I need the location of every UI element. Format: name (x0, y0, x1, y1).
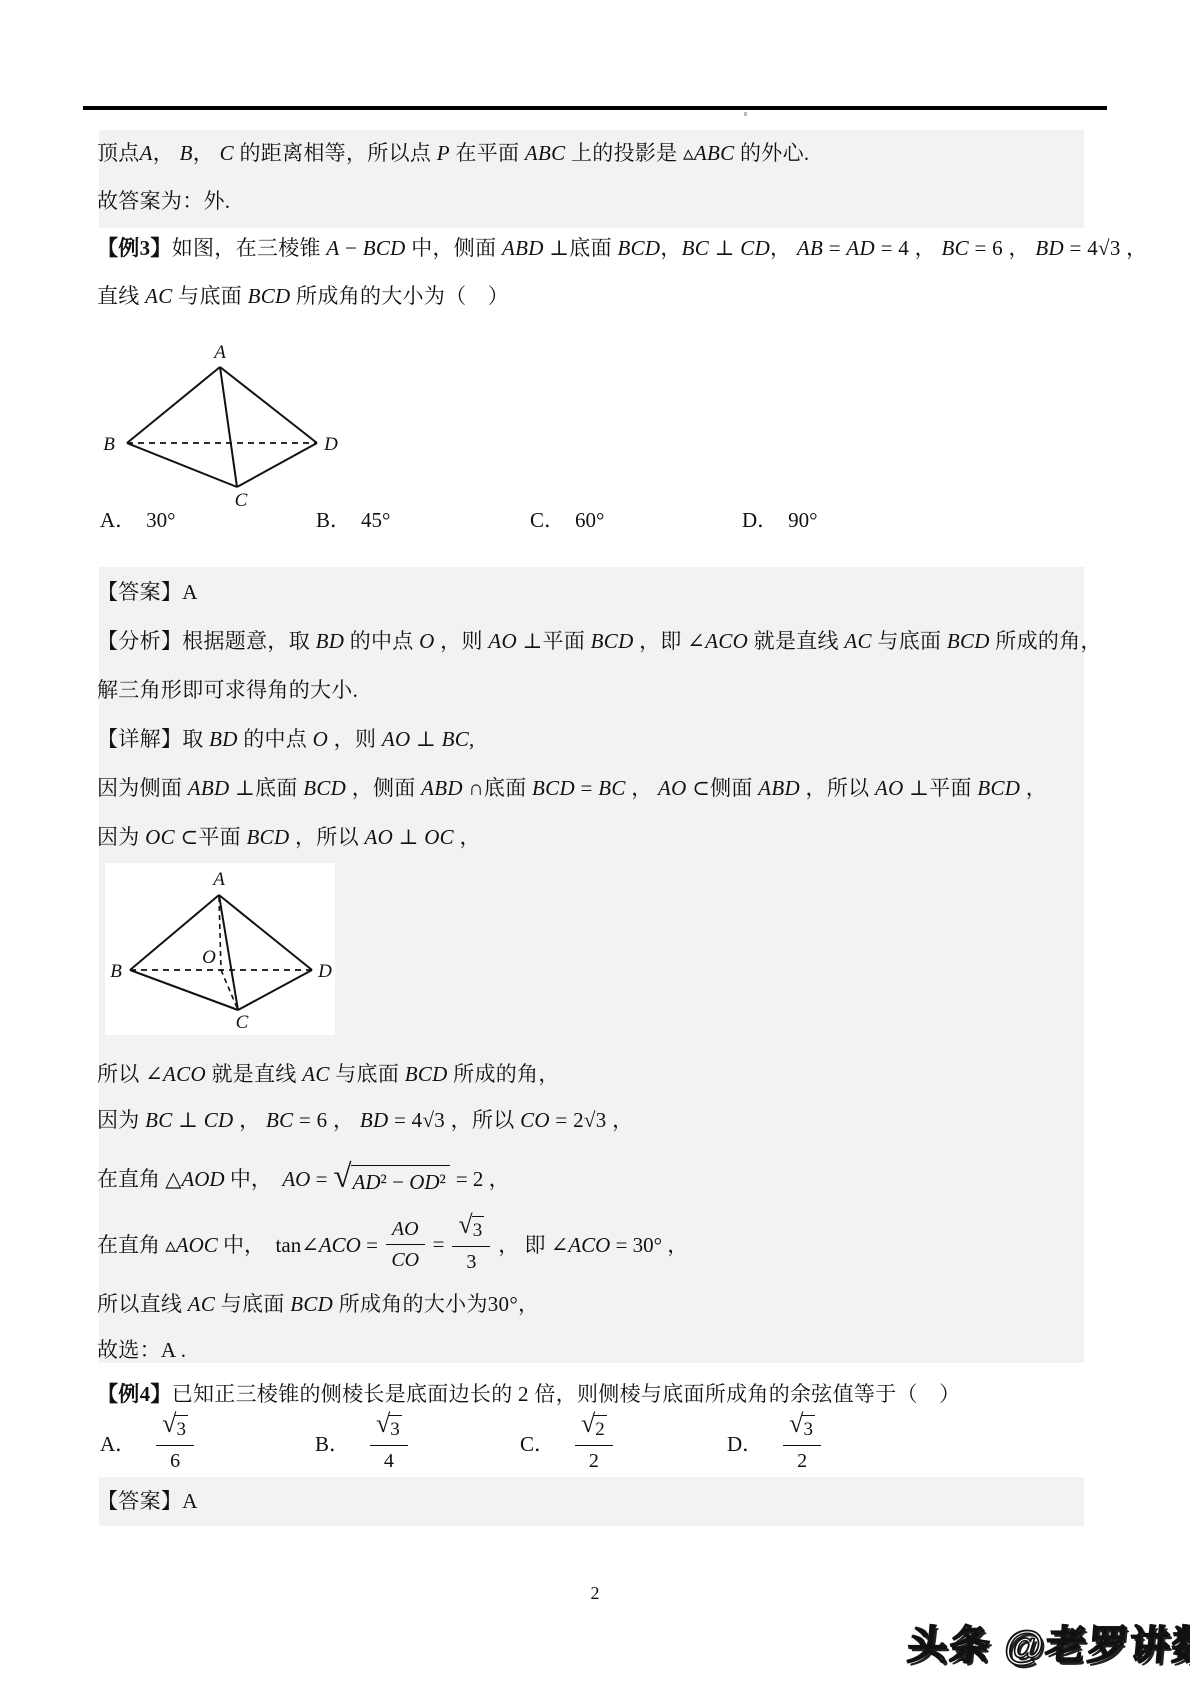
radicand: 3 (802, 1415, 815, 1442)
answer-value: A (182, 580, 197, 604)
diagram2-label-A: A (211, 869, 225, 890)
example3-marker: 【例3】 (97, 236, 172, 260)
example4-statement: 【例4】已知正三棱锥的侧棱长是底面边长的 2 倍，则侧棱与底面所成角的余弦值等于… (97, 1381, 960, 1408)
document-page: 顶点A， B， C 的距离相等，所以点 P 在平面 ABC 上的投影是 ▵ABC… (0, 0, 1190, 1682)
diagram2-edge-CD (238, 970, 312, 1010)
header-rule (83, 106, 1107, 110)
example3-option-a: A．30° (100, 504, 176, 534)
diagram2-tetrahedron: A B D C O (105, 863, 335, 1035)
detail-text: 取 BD 的中点 O ，则 AO ⊥ BC, (182, 727, 474, 751)
analysis-label: 【分析】 (97, 629, 182, 653)
option-fraction: √3 2 (783, 1413, 821, 1473)
fraction-ao-co: AO CO (386, 1217, 425, 1272)
example3-choice: 故选：A . (97, 1337, 186, 1364)
example3-detail-line2: 因为侧面 ABD ⊥底面 BCD ，侧面 ABD ∩底面 BCD = BC ， … (97, 775, 1047, 802)
radicand: 3 (389, 1415, 402, 1442)
diagram1-label-B: B (103, 434, 115, 455)
radical-expression: √3 (376, 1413, 402, 1442)
diagram1-label-A: A (212, 342, 226, 363)
radical-expression: √2 (581, 1413, 607, 1442)
fraction-denominator: 3 (466, 1247, 476, 1274)
fraction-denominator: CO (391, 1245, 419, 1272)
example3-analysis-line2: 解三角形即可求得角的大小. (97, 677, 358, 704)
diagram1-label-D: D (323, 434, 338, 455)
example3-conclusion: 所以直线 AC 与底面 BCD 所成角的大小为30°， (97, 1291, 539, 1318)
option-fraction: √3 4 (370, 1413, 408, 1473)
radical-sign: √ (458, 1214, 472, 1236)
diagram1-edge-AD (220, 367, 317, 443)
option-label: D． (727, 1428, 763, 1458)
fraction-numerator: √3 (370, 1413, 408, 1446)
example3-detail-line5: 因为 BC ⊥ CD ， BC = 6 ， BD = 4√3 ，所以 CO = … (97, 1107, 633, 1134)
diagram2-label-B: B (110, 961, 122, 982)
prev-solution-line2: 故答案为：外. (97, 188, 230, 215)
radical-expression: √3 (789, 1413, 815, 1442)
example4-marker: 【例4】 (97, 1382, 172, 1406)
detail-label: 【详解】 (97, 727, 182, 751)
formula-aod-pre: 在直角 △AOD 中， AO = (97, 1163, 327, 1193)
diagram1-label-C: C (235, 490, 248, 511)
diagram2-edge-BC (130, 970, 238, 1010)
fraction-numerator: √3 (783, 1413, 821, 1446)
radical-expression: √3 (458, 1214, 484, 1243)
fraction-numerator: √3 (452, 1214, 490, 1247)
option-value: 45° (361, 508, 390, 532)
radicand: 2 (594, 1415, 607, 1442)
example3-statement-line2: 直线 AC 与底面 BCD 所成角的大小为（ ） (97, 283, 509, 310)
option-label: B． (315, 1428, 350, 1458)
stray-mark (744, 112, 747, 116)
fraction-numerator: √3 (156, 1413, 194, 1446)
radical-expression: √AD² − OD² (333, 1162, 449, 1195)
radicand: AD² − OD² (351, 1165, 450, 1195)
diagram1-edge-AC (220, 367, 237, 487)
example3-option-b: B．45° (316, 504, 390, 534)
answer-label: 【答案】 (97, 580, 182, 604)
formula-aoc-equals: = (433, 1232, 445, 1257)
example3-answer-line: 【答案】A (97, 579, 198, 606)
diagram2-label-C: C (236, 1012, 249, 1033)
example3-option-d: D．90° (742, 504, 818, 534)
radicand: 3 (175, 1415, 188, 1442)
example3-statement-text: 如图，在三棱锥 A − BCD 中，侧面 ABD ⊥底面 BCD，BC ⊥ CD… (172, 236, 1148, 260)
diagram2-edge-AC (219, 895, 238, 1010)
option-label: C． (530, 508, 565, 532)
option-value: 30° (146, 508, 175, 532)
formula-aod-post: = 2 ， (456, 1163, 510, 1193)
radicand: 3 (472, 1216, 485, 1243)
shaded-block-example4-answer (99, 1477, 1084, 1526)
option-label: D． (742, 508, 778, 532)
example3-detail-line3: 因为 OC ⊂平面 BCD ，所以 AO ⊥ OC ， (97, 824, 481, 851)
fraction-sqrt3-3: √3 3 (452, 1214, 490, 1274)
diagram2-label-D: D (317, 961, 332, 982)
page-number: 2 (0, 1583, 1190, 1604)
example4-option-c: C． √2 2 (520, 1412, 621, 1474)
analysis-text: 根据题意，取 BD 的中点 O ，则 AO ⊥平面 BCD ，即 ∠ACO 就是… (182, 629, 1102, 653)
fraction-denominator: 2 (797, 1446, 807, 1473)
fraction-numerator: AO (386, 1217, 425, 1245)
prev-solution-line1: 顶点A， B， C 的距离相等，所以点 P 在平面 ABC 上的投影是 ▵ABC… (97, 140, 809, 167)
option-fraction: √3 6 (156, 1413, 194, 1473)
radical-sign: √ (162, 1413, 176, 1435)
diagram2-edge-AD (219, 895, 312, 970)
example3-statement-line1: 【例3】如图，在三棱锥 A − BCD 中，侧面 ABD ⊥底面 BCD，BC … (97, 235, 1147, 262)
option-label: A． (100, 1428, 136, 1458)
radical-sign: √ (789, 1413, 803, 1435)
example4-statement-text: 已知正三棱锥的侧棱长是底面边长的 2 倍，则侧棱与底面所成角的余弦值等于（ ） (172, 1382, 961, 1406)
fraction-denominator: 6 (170, 1446, 180, 1473)
option-fraction: √2 2 (575, 1413, 613, 1473)
radical-sign: √ (581, 1413, 595, 1435)
radical-expression: √3 (162, 1413, 188, 1442)
option-value: 60° (575, 508, 604, 532)
answer-label: 【答案】 (97, 1489, 182, 1513)
example3-option-c: C．60° (530, 504, 604, 534)
radical-sign: √ (376, 1413, 390, 1435)
example4-option-d: D． √3 2 (727, 1412, 829, 1474)
option-label: C． (520, 1428, 555, 1458)
example4-option-b: B． √3 4 (315, 1412, 416, 1474)
option-label: B． (316, 508, 351, 532)
radical-sign: √ (333, 1162, 351, 1192)
example3-detail-line1: 【详解】取 BD 的中点 O ，则 AO ⊥ BC, (97, 726, 475, 753)
option-value: 90° (788, 508, 817, 532)
example3-formula-aoc: 在直角 ▵AOC 中， tan∠ACO = AO CO = √3 3 ， 即 ∠… (97, 1210, 688, 1278)
example4-answer-line: 【答案】A (97, 1488, 198, 1515)
diagram1-tetrahedron: A B D C (95, 320, 355, 512)
fraction-denominator: 4 (384, 1446, 394, 1473)
diagram2-label-O: O (202, 947, 216, 968)
answer-value: A (182, 1489, 197, 1513)
diagram1-edge-CD (237, 443, 317, 487)
diagram1-edge-AB (127, 367, 220, 443)
example3-analysis-line1: 【分析】根据题意，取 BD 的中点 O ，则 AO ⊥平面 BCD ，即 ∠AC… (97, 628, 1102, 655)
formula-aoc-post: ， 即 ∠ACO = 30° ， (498, 1229, 688, 1259)
fraction-denominator: 2 (589, 1446, 599, 1473)
fraction-numerator: √2 (575, 1413, 613, 1446)
option-label: A． (100, 508, 136, 532)
diagram2-imagebox: A B D C O (105, 863, 335, 1035)
formula-aoc-pre: 在直角 ▵AOC 中， tan∠ACO = (97, 1229, 378, 1259)
example3-formula-aod: 在直角 △AOD 中， AO = √AD² − OD² = 2 ， (97, 1156, 510, 1200)
diagram1-edge-BC (127, 443, 237, 487)
example3-detail-line4: 所以 ∠ACO 就是直线 AC 与底面 BCD 所成的角， (97, 1061, 560, 1088)
watermark: 头条 @老罗讲数学 (906, 1614, 1190, 1671)
example4-option-a: A． √3 6 (100, 1412, 202, 1474)
